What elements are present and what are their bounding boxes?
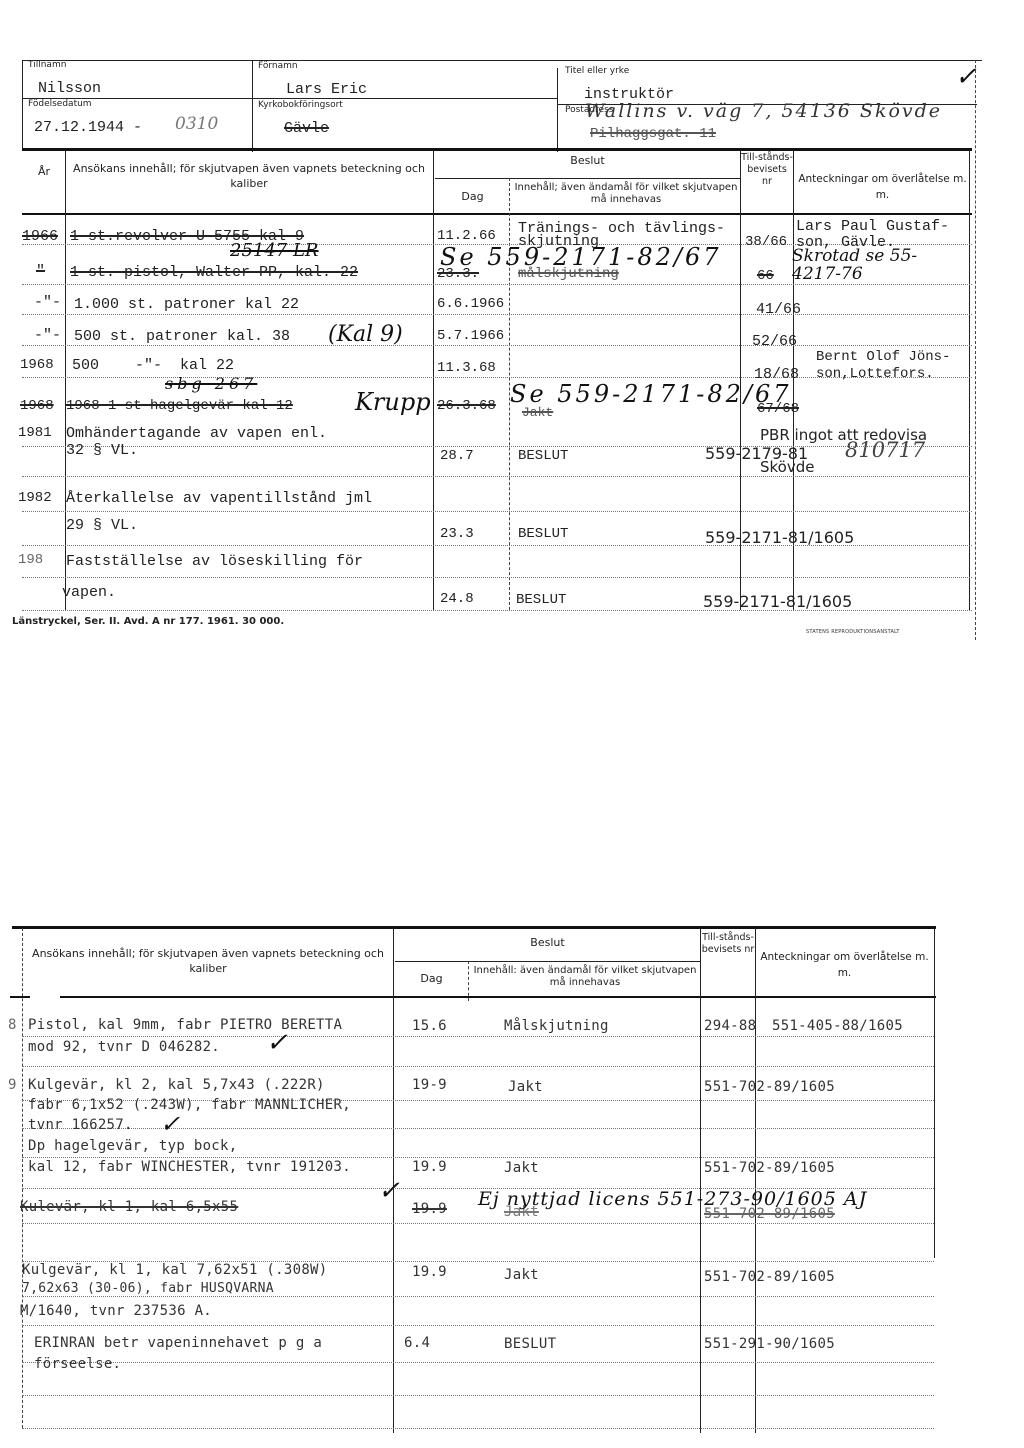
row-decision: BESLUT	[518, 526, 568, 542]
row-year: 198	[18, 552, 43, 568]
row-content-handwritten-above: sbg 267	[165, 374, 257, 393]
header-day: Dag	[435, 189, 510, 204]
title-label: Titel eller yrke	[565, 66, 629, 76]
row-permit-number: 551-291-90/1605	[704, 1336, 835, 1352]
frame-line	[252, 60, 253, 152]
row-content-line2: förseelse.	[34, 1356, 121, 1372]
row-content-handwritten: (Kal 9)	[328, 322, 403, 347]
row-content: Pistol, kal 9mm, fabr PIETRO BERETTA	[28, 1017, 342, 1033]
row-content-line2: 7,62x63 (30-06), fabr HUSQVARNA	[22, 1281, 274, 1296]
row-day: 19.9	[412, 1264, 447, 1280]
row-year: 1966	[22, 228, 58, 245]
row-rule	[22, 1157, 934, 1158]
row-content-handwritten: 25147 LR	[230, 240, 319, 261]
row-decision-handwritten: Se 559-2171-82/67	[440, 243, 722, 271]
row-year: -"-	[34, 294, 61, 311]
row-permit-number: 559-2171-81/1605	[705, 528, 854, 547]
column-divider	[934, 928, 935, 1258]
header-bottom-rule	[60, 996, 936, 998]
row-year: 1982	[18, 490, 52, 506]
row-day: 23.3	[440, 526, 474, 542]
signature-mark-icon: ✓	[266, 1028, 288, 1058]
first-name-label: Förnamn	[258, 61, 298, 71]
header-decision-content: Innehåll; även ändamål för vilket skjutv…	[512, 182, 740, 206]
frame-line	[22, 98, 557, 99]
frame-line	[22, 60, 982, 61]
birth-date-value: 27.12.1944 -	[34, 119, 142, 136]
row-rule	[22, 476, 972, 477]
row-day: 24.8	[440, 591, 474, 607]
birth-date-label: Födelsedatum	[28, 99, 92, 109]
row-content-line3: M/1640, tvnr 237536 A.	[20, 1303, 212, 1319]
header-notes: Anteckningar om överlåtelse m. m.	[795, 171, 970, 203]
row-content: ERINRAN betr vapeninnehavet p g a	[34, 1335, 322, 1351]
row-content-line2: fabr 6,1x52 (.243W), fabr MANNLICHER,	[28, 1097, 351, 1113]
row-content-line3: tvnr 166257.	[28, 1117, 133, 1133]
row-rule	[22, 577, 972, 578]
row-day: 19.9	[412, 1201, 447, 1217]
row-rule	[22, 1066, 934, 1067]
row-day: 28.7	[440, 448, 474, 464]
row-permit-number: 294-88	[704, 1018, 756, 1034]
row-year: 1968	[20, 357, 54, 373]
row-decision: BESLUT	[504, 1336, 556, 1352]
row-rule	[22, 345, 972, 346]
row-permit-number: 551-702-89/1605	[704, 1269, 835, 1285]
header-permit-number: Till-stånds-bevisets nr	[701, 932, 755, 956]
row-rule	[22, 1395, 934, 1396]
row-content-line2: kal 12, fabr WINCHESTER, tvnr 191203.	[28, 1159, 351, 1175]
row-permit-number: 41/66	[756, 301, 801, 318]
row-content: Kulgevär, kl 1, kal 7,62x51 (.308W)	[22, 1262, 328, 1278]
row-permit-number: 67/68	[757, 401, 799, 417]
print-footer: Länstryckel, Ser. II. Avd. A nr 177. 196…	[12, 616, 284, 627]
row-content: 500 -"- kal 22	[72, 357, 234, 374]
row-content-line2: 32 § VL.	[66, 442, 138, 459]
header-application-content: Ansökans innehåll; för skjutvapen även v…	[66, 161, 432, 191]
row-day: 11.3.68	[437, 360, 496, 376]
column-divider	[755, 928, 756, 1433]
column-divider	[22, 928, 23, 1428]
row-rule	[22, 446, 972, 447]
row-decision: Målskjutning	[504, 1018, 609, 1034]
header-decision-content: Innehåll: även ändamål för vilket skjutv…	[470, 965, 700, 989]
row-content: 1 st. pistol, Walter PP, kal. 22	[70, 264, 358, 281]
header-decision: Beslut	[395, 935, 700, 950]
table-top-rule	[22, 148, 972, 151]
header-rule	[435, 178, 740, 179]
row-handwritten-note: Ej nyttjad licens 551-273-90/1605 AJ	[478, 1188, 867, 1210]
row-content-line2: mod 92, tvnr D 046282.	[28, 1039, 220, 1055]
row-year: -"-	[34, 327, 61, 344]
row-permit-number: 559-2171-81/1605	[703, 592, 852, 611]
row-permit-number: 38/66	[745, 234, 787, 250]
check-mark-icon: ✓	[955, 62, 977, 92]
row-day: 19.9	[412, 1159, 447, 1175]
row-day: 15.6	[412, 1018, 447, 1034]
row-year: 1981	[18, 425, 52, 441]
postal-address-old: Pilhaggsgat. 11	[590, 126, 716, 142]
row-rule	[22, 1362, 934, 1363]
row-day: 6.4	[404, 1335, 430, 1351]
column-divider	[700, 928, 701, 1433]
row-notes-line2: Skövde	[760, 458, 814, 476]
row-year: 9	[8, 1077, 17, 1093]
row-decision: Jakt	[504, 1267, 539, 1283]
row-rule	[22, 511, 972, 512]
row-permit-number: 52/66	[752, 333, 797, 350]
row-year: 8	[8, 1017, 17, 1033]
row-day: 5.7.1966	[437, 328, 504, 344]
birth-date-suffix-handwritten: 0310	[175, 114, 218, 134]
row-permit-number: 66	[757, 268, 774, 284]
row-decision: Jakt	[508, 1079, 543, 1095]
column-divider	[468, 961, 469, 1001]
row-year: 1968	[20, 398, 54, 414]
row-content-line2: 29 § VL.	[66, 517, 138, 534]
first-name-value: Lars Eric	[286, 81, 367, 98]
row-permit-number: 551-702-89/1605	[704, 1160, 835, 1176]
row-content: Kulevär, kl 1, kal 6,5x55	[20, 1199, 238, 1215]
row-content: Dp hagelgevär, typ bock,	[28, 1138, 238, 1154]
row-rule	[22, 314, 972, 315]
header-application-content: Ansökans innehåll; för skjutvapen även v…	[24, 946, 392, 976]
row-day: 19-9	[412, 1077, 447, 1093]
column-divider	[433, 150, 434, 610]
row-rule	[22, 1036, 934, 1037]
row-rule	[22, 1296, 934, 1297]
printer-footer: STATENS REPRODUKTIONSANSTALT	[806, 629, 900, 635]
header-permit-number: Till-stånds-bevisets nr	[741, 152, 793, 188]
row-content: 1968 1 st hagelgevär kal 12	[66, 398, 293, 414]
parish-label: Kyrkobokföringsort	[258, 100, 343, 110]
postal-address-handwritten: Wallins v. väg 7, 54136 Skövde	[585, 100, 942, 122]
parish-value: Gävle	[284, 120, 329, 137]
header-notes: Anteckningar om överlåtelse m. m.	[757, 949, 932, 981]
row-year: "	[36, 263, 45, 280]
row-rule	[22, 1223, 934, 1224]
row-content: Återkallelse av vapentillstånd jml	[66, 490, 372, 507]
row-notes-handwritten: Skrotad se 55-4217-76	[792, 247, 962, 283]
header-decision: Beslut	[435, 153, 740, 168]
header-day: Dag	[395, 971, 468, 986]
header-year: År	[24, 164, 64, 179]
signature-mark-icon: ✓	[160, 1110, 180, 1138]
header-bottom-rule	[22, 213, 972, 215]
table-top-rule	[12, 926, 936, 929]
row-content: 1.000 st. patroner kal 22	[74, 296, 299, 313]
row-rule	[22, 1325, 934, 1326]
row-decision: Jakt	[504, 1160, 539, 1176]
row-day: 6.6.1966	[437, 296, 504, 312]
row-rule	[22, 284, 972, 285]
row-decision: BESLUT	[516, 592, 566, 608]
row-content: 500 st. patroner kal. 38	[74, 328, 290, 345]
header-rule	[395, 961, 700, 962]
surname-value: Nilsson	[38, 80, 101, 97]
signature-mark-icon: ✓	[378, 1176, 400, 1206]
row-day: 26.3.68	[437, 398, 496, 414]
row-decision-handwritten: Se 559-2171-82/67	[510, 380, 792, 408]
row-content-line2: vapen.	[62, 584, 116, 601]
row-content-handwritten: Krupp	[355, 388, 431, 416]
frame-line	[22, 60, 23, 150]
row-decision: BESLUT	[518, 448, 568, 464]
frame-line	[557, 68, 558, 152]
margin-tick	[10, 996, 30, 998]
row-day: 11.2.66	[437, 228, 496, 244]
column-divider	[65, 150, 66, 610]
row-notes: 551-405-88/1605	[772, 1018, 903, 1034]
row-rule	[22, 1128, 934, 1129]
row-notes-handwritten: 810717	[845, 438, 925, 462]
surname-label: Tillnamn	[28, 60, 66, 70]
row-permit-number: 551-702-89/1605	[704, 1079, 835, 1095]
row-content: Omhändertagande av vapen enl.	[66, 425, 327, 442]
row-content: Kulgevär, kl 2, kal 5,7x43 (.222R)	[28, 1077, 325, 1093]
row-notes: Bernt Olof Jöns-son,Lottefors.	[816, 349, 976, 383]
row-content: Fastställelse av löseskilling för	[66, 553, 363, 570]
row-rule	[22, 1428, 934, 1429]
